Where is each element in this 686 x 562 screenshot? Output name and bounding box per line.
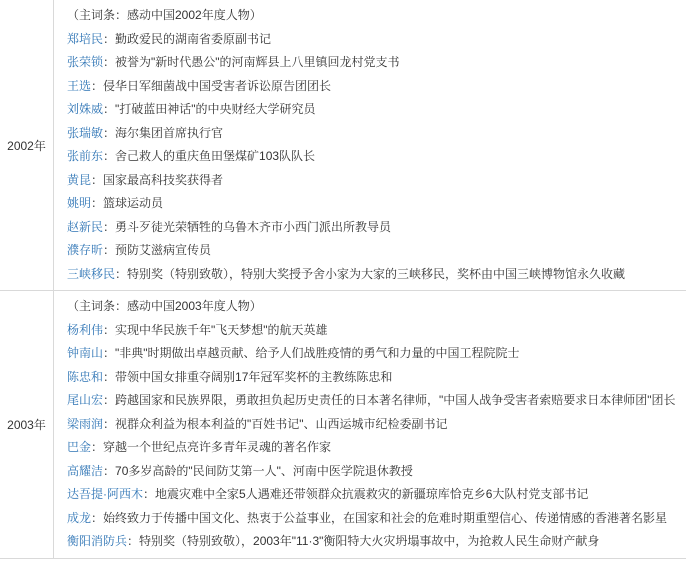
person-link[interactable]: 张前东 [67,149,103,163]
list-item: 张瑞敏：海尔集团首席执行官 [67,122,686,146]
person-link[interactable]: 巴金 [67,440,91,454]
person-description: 舍己救人的重庆鱼田堡煤矿103队队长 [115,149,315,163]
person-description: 勤政爱民的湖南省委原副书记 [115,32,271,46]
list-item: 张荣锁：被誉为"新时代愚公"的河南辉县上八里镇回龙村党支书 [67,51,686,75]
table-row-2003: 2003年 （主词条：感动中国2003年度人物） 杨利伟：实现中华民族千年"飞天… [0,291,686,559]
list-item: 陈忠和：带领中国女排重夺阔别17年冠军奖杯的主教练陈忠和 [67,366,686,390]
row-content: （主词条：感动中国2002年度人物） 郑培民：勤政爱民的湖南省委原副书记 张荣锁… [54,0,686,290]
colon-separator: ： [127,534,139,548]
person-description: 海尔集团首席执行官 [115,126,223,140]
person-link[interactable]: 杨利伟 [67,323,103,337]
person-description: 特别奖（特别致敬），特别大奖授予舍小家为大家的三峡移民，奖杯由中国三峡博物馆永久… [127,267,625,281]
list-item: 黄昆：国家最高科技奖获得者 [67,169,686,193]
list-item: 衡阳消防兵：特别奖（特别致敬），2003年"11·3"衡阳特大火灾坍塌事故中，为… [67,530,686,554]
entry-header: （主词条：感动中国2002年度人物） [67,4,686,28]
person-link[interactable]: 赵新民 [67,220,103,234]
person-description: 特别奖（特别致敬），2003年"11·3"衡阳特大火灾坍塌事故中，为抢救人民生命… [139,534,599,548]
list-item: 刘姝威："打破蓝田神话"的中央财经大学研究员 [67,98,686,122]
person-description: 被誉为"新时代愚公"的河南辉县上八里镇回龙村党支书 [115,55,400,69]
person-description: 视群众利益为根本利益的"百姓书记"、山西运城市纪检委副书记 [115,417,448,431]
person-description: 实现中华民族千年"飞天梦想"的航天英雄 [115,323,328,337]
person-description: 穿越一个世纪点亮许多青年灵魂的著名作家 [103,440,331,454]
year-cell: 2002年 [0,0,54,290]
list-item: 姚明：篮球运动员 [67,192,686,216]
person-link[interactable]: 郑培民 [67,32,103,46]
entry-header: （主词条：感动中国2003年度人物） [67,295,686,319]
list-item: 张前东：舍己救人的重庆鱼田堡煤矿103队队长 [67,145,686,169]
person-description: 70多岁高龄的"民间防艾第一人"、河南中医学院退休教授 [115,464,413,478]
colon-separator: ： [103,370,115,384]
person-link[interactable]: 王选 [67,79,91,93]
colon-separator: ： [103,102,115,116]
colon-separator: ： [91,511,103,525]
person-link[interactable]: 刘姝威 [67,102,103,116]
colon-separator: ： [91,79,103,93]
person-description: 始终致力于传播中国文化、热衷于公益事业，在国家和社会的危难时期重塑信心、传递情感… [103,511,667,525]
person-link[interactable]: 钟南山 [67,346,103,360]
person-link[interactable]: 衡阳消防兵 [67,534,127,548]
colon-separator: ： [103,126,115,140]
colon-separator: ： [143,487,155,501]
colon-separator: ： [103,417,115,431]
colon-separator: ： [115,267,127,281]
person-link[interactable]: 濮存昕 [67,243,103,257]
person-link[interactable]: 梁雨润 [67,417,103,431]
colon-separator: ： [91,196,103,210]
colon-separator: ： [91,173,103,187]
person-link[interactable]: 成龙 [67,511,91,525]
award-table: 2002年 （主词条：感动中国2002年度人物） 郑培民：勤政爱民的湖南省委原副… [0,0,686,562]
person-description: "打破蓝田神话"的中央财经大学研究员 [115,102,316,116]
person-link[interactable]: 三峡移民 [67,267,115,281]
colon-separator: ： [103,55,115,69]
colon-separator: ： [103,346,115,360]
person-description: 侵华日军细菌战中国受害者诉讼原告团团长 [103,79,331,93]
colon-separator: ： [103,243,115,257]
list-item: 濮存昕：预防艾滋病宣传员 [67,239,686,263]
person-link[interactable]: 姚明 [67,196,91,210]
list-item: 成龙：始终致力于传播中国文化、热衷于公益事业，在国家和社会的危难时期重塑信心、传… [67,507,686,531]
list-item: 郑培民：勤政爱民的湖南省委原副书记 [67,28,686,52]
list-item: 王选：侵华日军细菌战中国受害者诉讼原告团团长 [67,75,686,99]
colon-separator: ： [91,440,103,454]
person-description: "非典"时期做出卓越贡献、给予人们战胜疫情的勇气和力量的中国工程院院士 [115,346,520,360]
person-link[interactable]: 黄昆 [67,173,91,187]
person-link[interactable]: 张荣锁 [67,55,103,69]
person-link[interactable]: 陈忠和 [67,370,103,384]
table-row-2002: 2002年 （主词条：感动中国2002年度人物） 郑培民：勤政爱民的湖南省委原副… [0,0,686,291]
person-link[interactable]: 张瑞敏 [67,126,103,140]
person-description: 国家最高科技奖获得者 [103,173,223,187]
person-description: 预防艾滋病宣传员 [115,243,211,257]
person-description: 篮球运动员 [103,196,163,210]
colon-separator: ： [103,32,115,46]
colon-separator: ： [103,323,115,337]
list-item: 梁雨润：视群众利益为根本利益的"百姓书记"、山西运城市纪检委副书记 [67,413,686,437]
person-description: 地震灾难中全家5人遇难还带领群众抗震救灾的新疆琼库恰克乡6大队村党支部书记 [155,487,588,501]
person-description: 勇斗歹徒光荣牺牲的乌鲁木齐市小西门派出所教导员 [115,220,391,234]
list-item: 钟南山："非典"时期做出卓越贡献、给予人们战胜疫情的勇气和力量的中国工程院院士 [67,342,686,366]
colon-separator: ： [103,393,115,407]
list-item: 巴金：穿越一个世纪点亮许多青年灵魂的著名作家 [67,436,686,460]
person-description: 跨越国家和民族界限，勇敢担负起历史责任的日本著名律师，"中国人战争受害者索赔要求… [115,393,676,407]
list-item: 尾山宏：跨越国家和民族界限，勇敢担负起历史责任的日本著名律师，"中国人战争受害者… [67,389,686,413]
list-item: 赵新民：勇斗歹徒光荣牺牲的乌鲁木齐市小西门派出所教导员 [67,216,686,240]
year-cell: 2003年 [0,291,54,558]
list-item: 达吾提·阿西木：地震灾难中全家5人遇难还带领群众抗震救灾的新疆琼库恰克乡6大队村… [67,483,686,507]
person-link[interactable]: 高耀洁 [67,464,103,478]
colon-separator: ： [103,220,115,234]
person-link[interactable]: 达吾提·阿西木 [67,487,143,501]
row-content: （主词条：感动中国2003年度人物） 杨利伟：实现中华民族千年"飞天梦想"的航天… [54,291,686,558]
colon-separator: ： [103,464,115,478]
person-link[interactable]: 尾山宏 [67,393,103,407]
list-item: 高耀洁：70多岁高龄的"民间防艾第一人"、河南中医学院退休教授 [67,460,686,484]
person-description: 带领中国女排重夺阔别17年冠军奖杯的主教练陈忠和 [115,370,392,384]
colon-separator: ： [103,149,115,163]
list-item: 杨利伟：实现中华民族千年"飞天梦想"的航天英雄 [67,319,686,343]
list-item: 三峡移民：特别奖（特别致敬），特别大奖授予舍小家为大家的三峡移民，奖杯由中国三峡… [67,263,686,287]
